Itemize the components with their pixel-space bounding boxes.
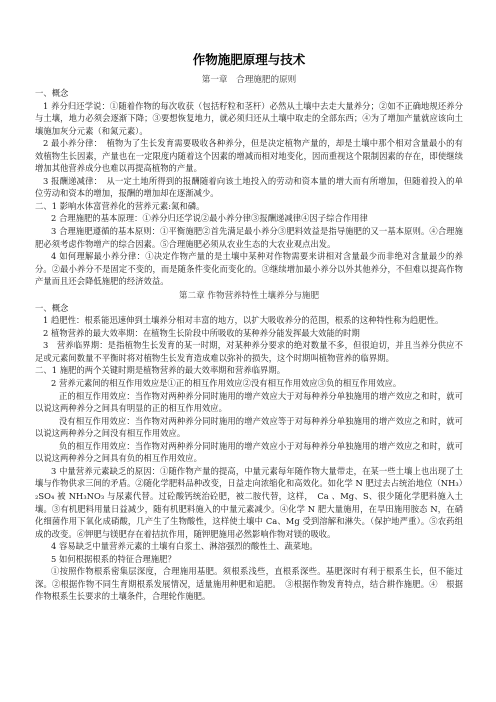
paragraph: 3 合理施肥遵循的基本原则：①平衡施肥②首先满足最小养分③肥料效益是指导施肥的又… — [35, 225, 463, 250]
paragraph: 二、1 影响水体富营养化的营养元素:氮和磷。 — [35, 200, 463, 213]
paragraph: 3 报酬递减律： 从一定土地所得到的报酬随着向该土地投入的劳动和资本量的增大而有… — [35, 175, 463, 200]
paragraph: 3 中量营养元素缺乏的原因：①随作物产量的提高，中量元素每年随作物大量带走，在某… — [35, 465, 463, 540]
paragraph: 二、1 施肥的两个关键时期是植物营养的最大效率期和营养临界期。 — [35, 364, 463, 377]
paragraph: 2 最小养分律： 植物为了生长发育需要吸收各种养分，但是决定植物产量的，却是土壤… — [35, 137, 463, 175]
paragraph: 2 合理施肥的基本原理：①养分归还学说②最小养分律③报酬递减律④因子综合作用律 — [35, 212, 463, 225]
section-label: 一、概念 — [35, 87, 463, 100]
paragraph: 4 如何理解最小养分律：①决定作物产量的是土壤中某种对作物需要来讲相对含量最少而… — [35, 250, 463, 288]
paragraph: 5 如何根据根系的特征合理施肥？ — [35, 553, 463, 566]
paragraph: 2 营养元素间的相互作用效应是①正的相互作用效应②没有相互作用效应③负的相互作用… — [35, 377, 463, 390]
paragraph: 1 养分归还学说：①随着作物的每次收获（包括籽粒和茎杆）必然从土壤中去走大量养分… — [35, 100, 463, 138]
paragraph: 2 植物营养的最大效率期：在植物生长阶段中所吸收的某种养分能发挥最大效能的时期 — [35, 327, 463, 340]
section-label: 一、概念 — [35, 302, 463, 315]
paragraph: 正的相互作用效应：当作物对两种养分同时施用的增产效应大于对每种养分单独施用的增产… — [35, 390, 463, 415]
document-page: 作物施肥原理与技术 第一章 合理施肥的原则 一、概念 1 养分归还学说：①随着作… — [35, 52, 463, 603]
paragraph: 3 营养临界期：是指植物生长发育的某一时期，对某种养分要求的绝对数量不多，但很迫… — [35, 339, 463, 364]
document-title: 作物施肥原理与技术 — [35, 52, 463, 68]
paragraph: 负的相互作用效应：当作物对两种养分同时施用的增产效应小于对每种养分单独施用的增产… — [35, 440, 463, 465]
paragraph: ①按照作物根系密集层深度，合理施用基肥。须根系浅些，直根系深些。基肥深时有利于根… — [35, 565, 463, 603]
chapter-1-heading: 第一章 合理施肥的原则 — [35, 74, 463, 86]
paragraph: 没有相互作用效应：当作物对两种养分同时施用的增产效应等于对每种养分单独施用的增产… — [35, 415, 463, 440]
chapter-2-heading: 第二章 作物营养特性土壤养分与施肥 — [35, 290, 463, 302]
paragraph: 4 容易缺乏中量营养元素的土壤有白浆土、淋溶强烈的酸性土、蔬菜地。 — [35, 540, 463, 553]
paragraph: 1 趋肥性：根系能迅速伸到土壤养分相对丰富的地方，以扩大吸收养分的范围，根系的这… — [35, 314, 463, 327]
